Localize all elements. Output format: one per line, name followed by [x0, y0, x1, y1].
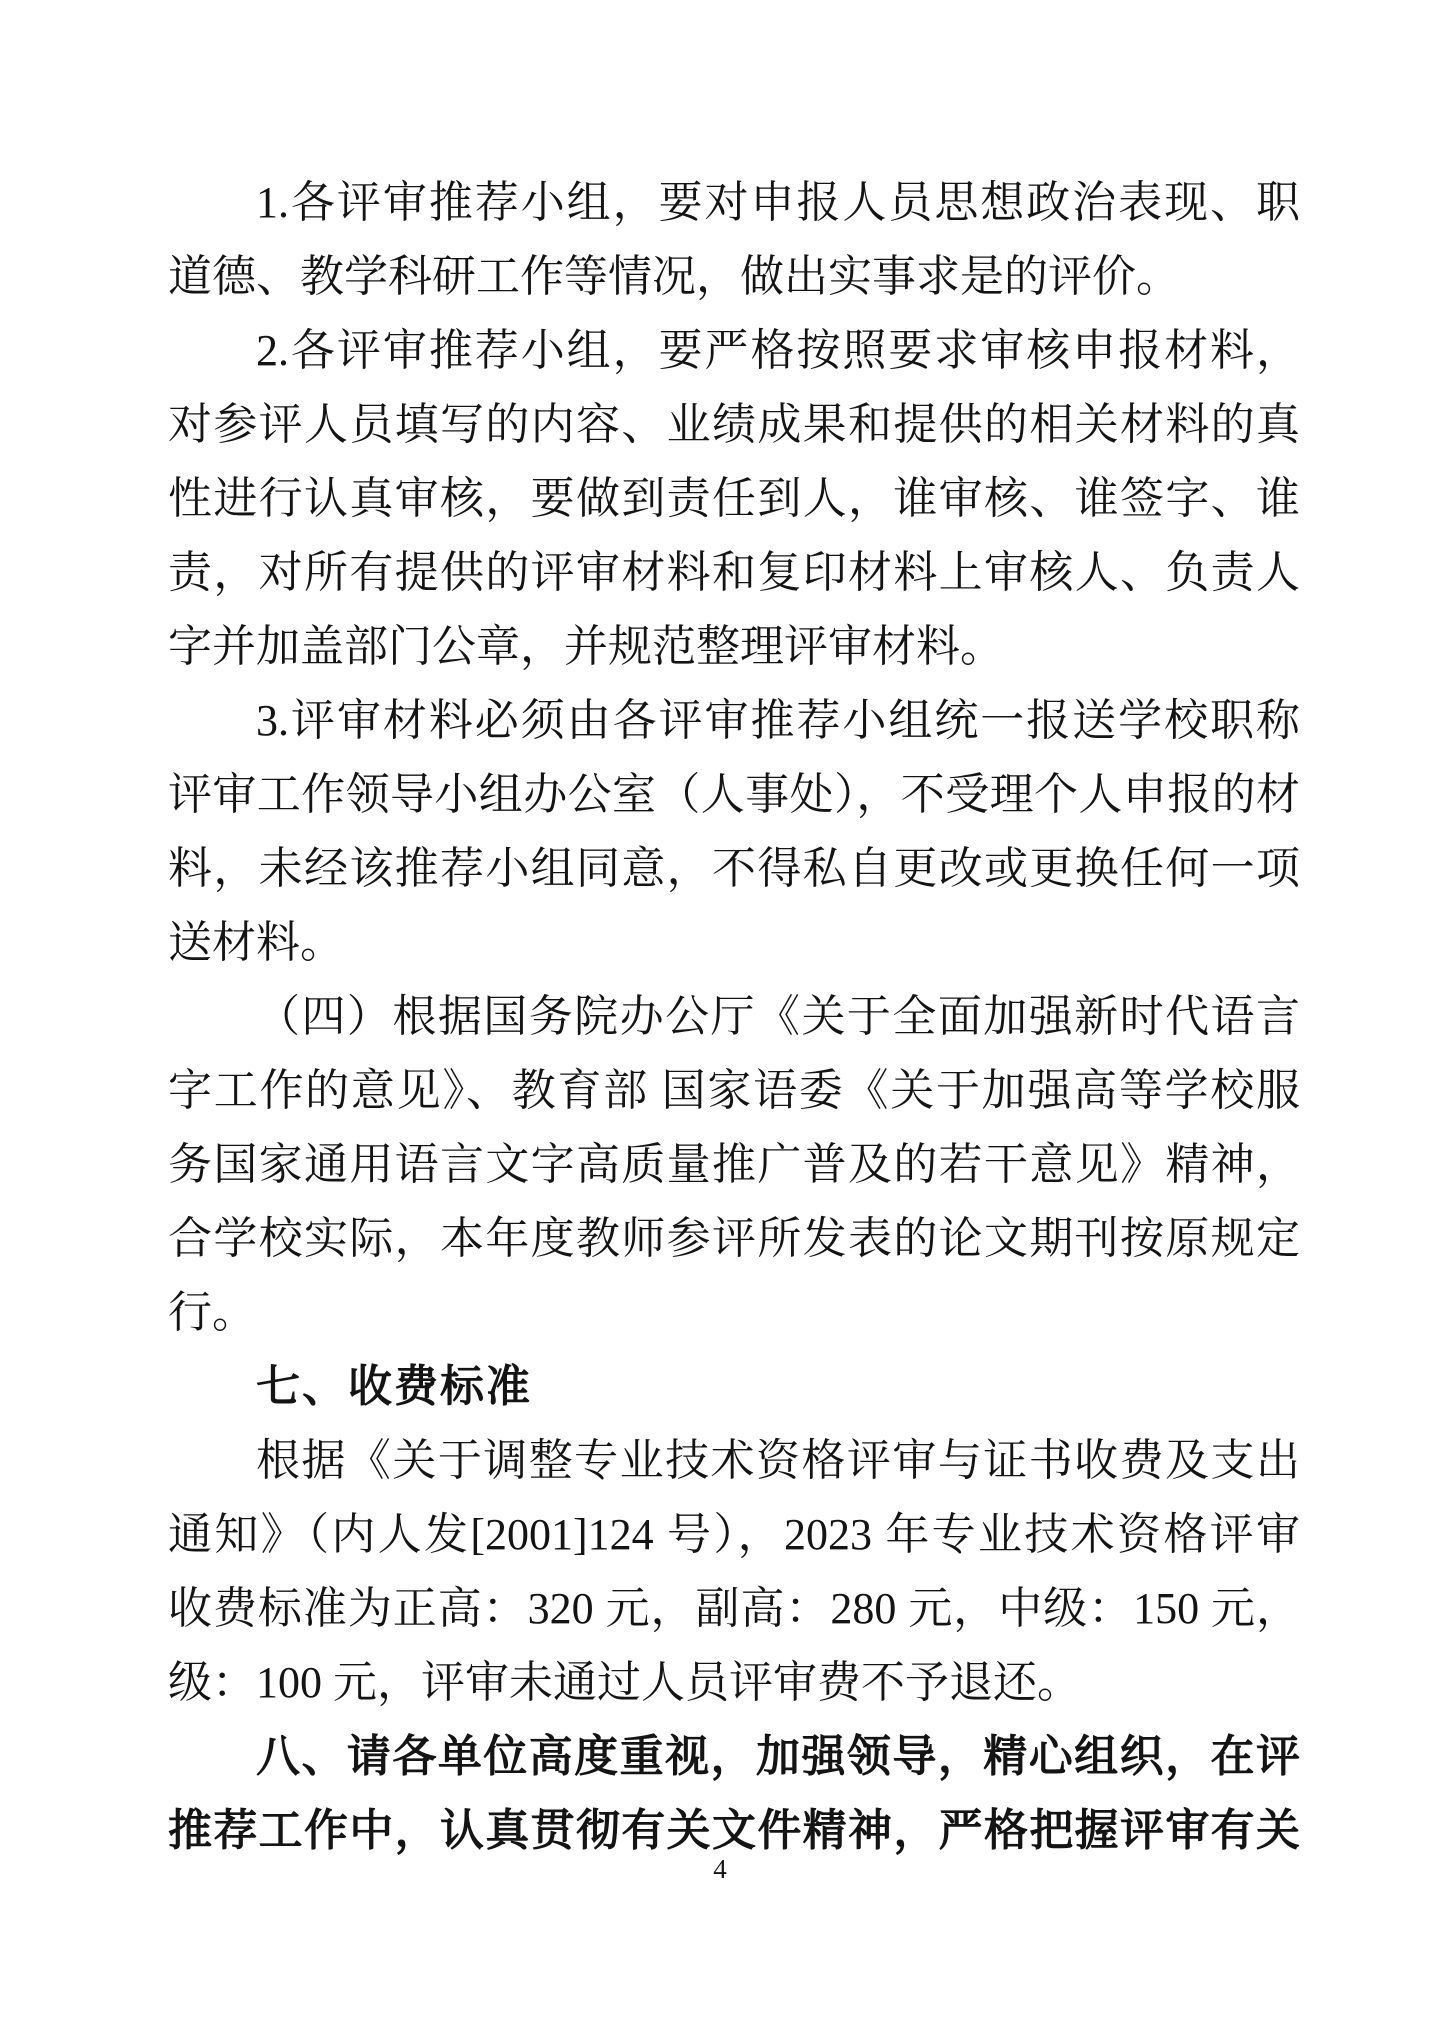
- text-line: 字并加盖部门公章，并规范整理评审材料。: [168, 610, 1300, 684]
- text-line: 评审工作领导小组办公室（人事处），不受理个人申报的材: [168, 758, 1300, 832]
- text-line: 3.评审材料必须由各评审推荐小组统一报送学校职称: [168, 684, 1300, 758]
- text-line: 责，对所有提供的评审材料和复印材料上审核人、负责人签: [168, 536, 1300, 610]
- text-line: 送材料。: [168, 906, 1300, 980]
- text-line: 字工作的意见》、教育部 国家语委《关于加强高等学校服: [168, 1054, 1300, 1128]
- text-line: 2.各评审推荐小组，要严格按照要求审核申报材料，要: [168, 314, 1300, 388]
- text-line: 通知》（内人发[2001]124 号），2023 年专业技术资格评审: [168, 1498, 1300, 1572]
- text-line: 务国家通用语言文字高质量推广普及的若干意见》精神，结: [168, 1128, 1300, 1202]
- document-body: 1.各评审推荐小组，要对申报人员思想政治表现、职业道德、教学科研工作等情况，做出…: [168, 166, 1300, 1868]
- text-line: （四）根据国务院办公厅《关于全面加强新时代语言文: [168, 980, 1300, 1054]
- section-heading: 七、收费标准: [168, 1350, 1300, 1424]
- text-line: 料，未经该推荐小组同意，不得私自更改或更换任何一项报: [168, 832, 1300, 906]
- text-line: 行。: [168, 1276, 1300, 1350]
- text-line: 根据《关于调整专业技术资格评审与证书收费及支出的: [168, 1424, 1300, 1498]
- document-page: 1.各评审推荐小组，要对申报人员思想政治表现、职业道德、教学科研工作等情况，做出…: [0, 0, 1440, 2037]
- text-line: 对参评人员填写的内容、业绩成果和提供的相关材料的真实: [168, 388, 1300, 462]
- text-line: 收费标准为正高：320 元，副高：280 元，中级：150 元，初: [168, 1572, 1300, 1646]
- text-line: 性进行认真审核，要做到责任到人，谁审核、谁签字、谁负: [168, 462, 1300, 536]
- text-line: 合学校实际，本年度教师参评所发表的论文期刊按原规定执: [168, 1202, 1300, 1276]
- page-number: 4: [0, 1854, 1440, 1885]
- text-line: 1.各评审推荐小组，要对申报人员思想政治表现、职业: [168, 166, 1300, 240]
- text-line: 道德、教学科研工作等情况，做出实事求是的评价。: [168, 240, 1300, 314]
- text-line: 八、请各单位高度重视，加强领导，精心组织，在评审: [168, 1720, 1300, 1794]
- text-line: 级：100 元，评审未通过人员评审费不予退还。: [168, 1646, 1300, 1720]
